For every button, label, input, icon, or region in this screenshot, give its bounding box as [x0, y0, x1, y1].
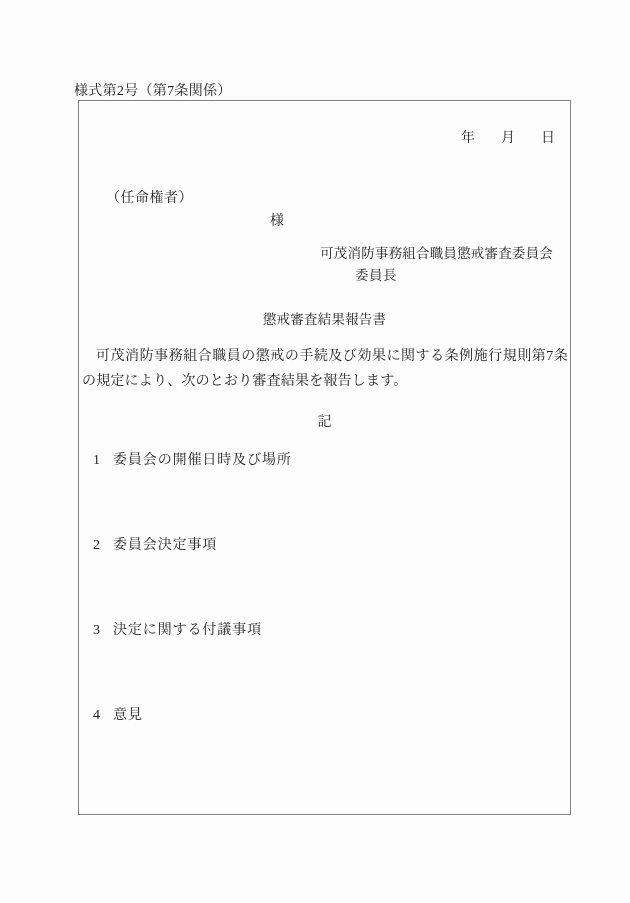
item-number: 3	[93, 623, 113, 639]
list-item-2: 2委員会決定事項	[93, 534, 217, 554]
addressee-honorific: 様	[270, 210, 284, 230]
item-number: 1	[93, 453, 113, 469]
item-number: 4	[93, 708, 113, 724]
list-item-1: 1委員会の開催日時及び場所	[93, 449, 292, 469]
sender-organization: 可茂消防事務組合職員懲戒審査委員会	[320, 242, 553, 262]
date-line: 年月日	[461, 127, 555, 147]
item-label: 委員会の開催日時及び場所	[113, 453, 292, 468]
sender-position-title: 委員長	[355, 264, 397, 284]
item-number: 2	[93, 538, 113, 554]
year-label: 年	[461, 131, 475, 146]
document-title: 懲戒審査結果報告書	[79, 308, 570, 328]
month-label: 月	[501, 131, 515, 146]
body-paragraph: 可茂消防事務組合職員の懲戒の手続及び効果に関する条例施行規則第7条の規定により、…	[82, 344, 568, 394]
appointer-label: （任命権者）	[106, 187, 193, 207]
list-item-3: 3決定に関する付議事項	[93, 619, 262, 639]
list-item-4: 4意見	[93, 704, 143, 724]
item-label: 決定に関する付議事項	[113, 623, 262, 638]
document-page: 様式第2号（第7条関係） 年月日 （任命権者） 様 可茂消防事務組合職員懲戒審査…	[0, 0, 630, 903]
day-label: 日	[541, 131, 555, 146]
form-number-label: 様式第2号（第7条関係）	[74, 80, 232, 100]
item-label: 委員会決定事項	[113, 538, 217, 553]
item-label: 意見	[113, 708, 143, 723]
document-border-box: 年月日 （任命権者） 様 可茂消防事務組合職員懲戒審査委員会 委員長 懲戒審査結…	[78, 100, 571, 815]
record-marker: 記	[79, 411, 570, 431]
